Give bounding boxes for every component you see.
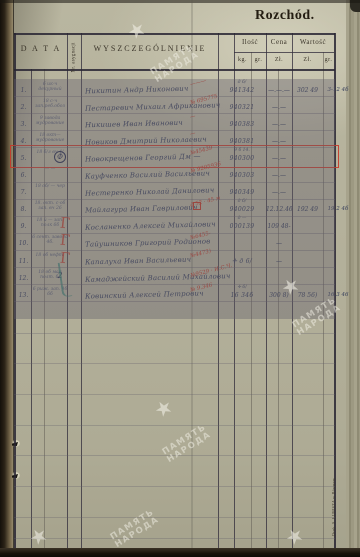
row-rule (14, 267, 335, 285)
sub-header-kg: kg. (234, 57, 251, 63)
header-bottom-rule (14, 69, 335, 71)
row-rule (14, 538, 335, 539)
page-title: Rozchód. (255, 8, 315, 24)
col-header-nr-asygnacji: Nr. asygnacji (72, 29, 77, 73)
watermark-star-icon: ★ (125, 19, 150, 44)
scanned-ledger-page: Rozchód. D A T A Nr. asygnacji WYSZCZEGÓ… (0, 0, 360, 557)
scan-bottom-edge (0, 548, 360, 557)
printer-imprint: Druk. S. ŁUBISZA w Równem (331, 478, 336, 536)
col-header-wyszczegolnienie: WYSZCZEGÓLNIENIE (82, 44, 218, 53)
row-rule (14, 394, 335, 395)
row-rule (14, 165, 335, 183)
sub-header-zl2: Zł. (292, 57, 323, 63)
col-header-cena: Cena (266, 38, 292, 46)
row-rule (14, 233, 335, 251)
row-rule (14, 486, 335, 487)
row-rule (14, 216, 335, 234)
binder-hole (11, 440, 21, 448)
watermark-line2: НАРОДА (166, 431, 213, 465)
table-border-top (14, 33, 335, 35)
binder-hole (11, 472, 21, 480)
col-header-wartosc: Wartość (292, 38, 334, 46)
sub-header-gr2: gr. (323, 57, 334, 63)
watermark-line2: НАРОДА (114, 516, 161, 550)
row-rule (14, 96, 335, 114)
star-icon: ★ (152, 397, 177, 422)
row-rule (14, 363, 335, 364)
star-icon: ★ (125, 19, 150, 44)
row-rule (14, 455, 335, 456)
row-rule (14, 147, 335, 165)
row-rule (14, 130, 335, 148)
star-icon: ★ (283, 525, 308, 550)
watermark-text: ПАМЯТЬНАРОДА (161, 423, 213, 465)
col-header-data: D A T A (15, 44, 67, 53)
watermark-star-icon: ★ (283, 525, 308, 550)
sub-header-zl: Zł. (266, 57, 292, 63)
row-rule (14, 517, 335, 518)
row-rule (14, 182, 335, 200)
row-rule (14, 284, 335, 302)
row-rule (14, 333, 335, 334)
row-rule (14, 113, 335, 131)
sub-header-gr: gr. (251, 57, 266, 63)
watermark-text: ПАМЯТЬНАРОДА (109, 508, 161, 550)
header-sub-divider (234, 52, 334, 53)
watermark-line1: ПАМЯТЬ (161, 423, 208, 457)
row-rule (14, 250, 335, 268)
row-rule (14, 199, 335, 217)
col-header-ilosc: Ilość (234, 38, 266, 46)
scan-top-edge (0, 0, 360, 3)
row-rule (14, 301, 335, 319)
row-rule (14, 425, 335, 426)
watermark-star-icon: ★ (152, 397, 177, 422)
row-rule (14, 79, 335, 97)
